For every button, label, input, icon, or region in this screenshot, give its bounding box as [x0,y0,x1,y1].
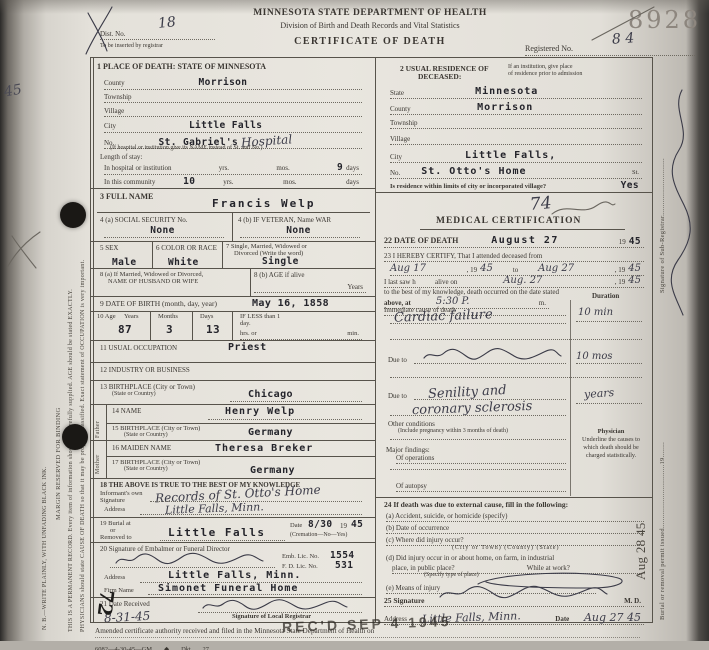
registered-number-row: Registered No. [525,44,695,56]
race-value: White [168,258,199,268]
last-saw-label-2: alive on [435,278,457,286]
date-of-death-row: 22 DATE OF DEATH August 27 19 45 [384,236,644,248]
certificate-title: CERTIFICATE OF DEATH [170,36,570,47]
cremation-note: (Cremation—No—Yes) [290,532,347,539]
agency-title: MINNESOTA STATE DEPARTMENT OF HEALTH [170,8,570,18]
row-line [90,380,375,381]
birthplace-label-2: (State or Country) [112,391,156,398]
docket-label: Dkt. [181,646,192,650]
row-line [90,542,375,543]
external-b-label: (b) Date of occurrence [386,524,449,532]
dotted-leader [140,513,362,515]
dotted-leader [414,398,566,400]
age-days-header: Days [200,313,213,321]
age-label: 10 Age [97,313,116,321]
parent-tab-divider [106,404,107,478]
form-right-border [652,57,653,622]
dod-year-label: 19 [619,238,626,246]
res-city-label: City [390,153,402,161]
pen-mark-top-right [588,2,660,44]
sub-registrar-vertical-signature-scribble [666,85,696,320]
external-c-columns: (City or Town) (County) (State) [452,545,559,552]
external-e-label: (e) Means of injury [386,584,440,592]
dotted-leader [208,418,362,420]
md-label: M. D. [624,597,641,605]
certify-label: 23 I HEREBY CERTIFY, That I attended dec… [384,252,542,260]
burial-year-label: 19 [340,522,347,530]
res-state-row: State Minnesota [390,87,642,99]
pen-mark-top-left [80,4,120,58]
external-d-label-1: (d) Did injury occur in or about home, o… [386,554,554,562]
row-line [375,497,652,498]
stay-yrs-label: yrs. [219,164,229,172]
age-if-alive-years-label: Years [347,283,363,291]
stay-hospital-row: In hospital or institution yrs. mos. 9 d… [104,163,362,175]
cell-divider [192,311,193,340]
dotted-leader [148,593,362,595]
local-registrar-signature-scribble [200,598,350,612]
margin-note-nb: N. B.—WRITE PLAINLY, WITH UNFADING BLACK… [42,70,49,630]
row-line [90,340,375,341]
death-certificate-scan: N. B.—WRITE PLAINLY, WITH UNFADING BLACK… [0,0,709,650]
operations-label: Of operations [396,454,434,462]
pen-mark-left-edge [2,226,44,274]
res-county-label: County [390,105,411,113]
dob-value: May 16, 1858 [252,299,329,309]
res-st-label: St. [632,169,639,177]
pod-institution-note: (If hospital or institution give its NAM… [110,145,262,152]
external-c-label: (c) Where did injury occur? [386,536,464,544]
res-state-value: Minnesota [475,87,538,97]
date-of-death-label: 22 DATE OF DEATH [384,236,458,246]
dotted-leader [390,322,566,324]
age-months-header: Months [158,313,178,321]
due-to-2-duration: years [584,387,615,400]
occupation-value: Priest [228,343,267,353]
dotted-leader [390,468,566,470]
stay-community-label: In this community [104,178,155,186]
dotted-leader [576,320,642,322]
column-divider [375,57,376,622]
row-line [375,192,652,193]
veteran-value-row: None [240,226,360,238]
row-line [90,478,375,479]
attended-to-handwritten: Aug 27 [538,264,574,274]
row-line [90,296,375,297]
physician-date-label: Date [555,615,569,623]
informant-sig-label-2: Signature [100,497,125,505]
pod-city-value: Little Falls [189,121,262,131]
father-name-value: Henry Welp [225,407,295,417]
physician-signature-scribble [436,584,611,602]
certify-row: 23 I HEREBY CERTIFY, That I attended dec… [384,252,644,262]
occupation-label: 11 USUAL OCCUPATION [100,344,177,352]
dotted-leader [390,338,642,340]
docket-number: 27 [202,646,209,650]
margin-note-2: PHYSICIANS should state CAUSE OF DEATH s… [80,66,87,632]
dotted-leader [160,539,285,541]
age-min-label: min. [347,330,359,338]
due-to-1-duration: 10 mos [576,352,613,362]
mother-name-value: Theresa Breker [215,444,313,454]
birthplace-value: Chicago [248,390,293,400]
cell-divider [150,311,151,340]
residence-note-2: of residence prior to admission [508,71,582,78]
form-number-row: 6082—4-30-45—GM ◆ Dkt. 27 [95,638,209,650]
res-city-value: Little Falls, [465,151,556,161]
funeral-address-value: Little Falls, Minn. [168,571,301,581]
cell-divider [232,212,233,241]
stay-days-label: days [346,164,359,172]
father-tab: Father [95,408,102,438]
external-a-row: (a) Accident, suicide, or homicide (spec… [386,512,644,522]
immediate-cause-duration: 10 min [578,308,613,318]
attended-year-b-handwritten: 45 [628,264,641,274]
res-village-row: Village [390,135,642,145]
last-saw-row: I last saw h alive on Aug. 27 , 19 45 [384,276,644,288]
mother-tab: Mother [95,444,102,474]
age-if-alive-label: 8 (b) AGE if alive [254,271,305,279]
sex-value: Male [112,258,136,268]
row-line [106,456,375,457]
pod-village-row: Village [104,107,362,117]
burial-permit-margin-label: Burial or removal permit issued.........… [659,300,666,620]
last-saw-label-1: I last saw h [384,278,416,286]
dod-year-value: 45 [629,237,641,247]
medical-certification-heading: MEDICAL CERTIFICATION [436,216,581,226]
other-conditions-note: (Include pregnancy within 3 months of de… [398,428,508,435]
mother-birthplace-value: Germany [250,466,295,476]
handwritten-margin-72: 72 [93,589,118,618]
physician-date-handwritten: Aug 27 45 [584,612,641,623]
duration-column-divider [570,300,571,496]
res-limits-value: Yes [621,181,639,191]
knowledge-statement: to the best of my knowledge, death occur… [384,288,559,296]
attended-year-a-handwritten: 45 [480,264,493,274]
form-number: 6082—4-30-45—GM [95,646,152,650]
external-b-row: (b) Date of occurrence [386,524,644,534]
sex-label: 5 SEX [100,244,118,252]
attended-year-b-label: , 19 [615,266,626,274]
community-yrs-label: yrs. [223,178,233,186]
duration-header: Duration [592,292,619,300]
pod-county-row: County Morrison [104,78,362,90]
dotted-leader [576,402,642,404]
dotted-leader [230,400,362,402]
date-of-death-value: August 27 [491,236,559,246]
row-line [90,241,375,242]
age-years-header: Years [124,313,139,321]
mother-name-label: 16 MAIDEN NAME [112,444,171,452]
dotted-leader [414,362,566,364]
burial-permit-date-handwritten: Aug 28 45 [634,320,648,580]
stay-community-row: In this community 10 yrs. mos. days [104,177,362,189]
punch-hole [62,424,88,450]
pod-township-label: Township [104,93,132,101]
printers-bug-icon: ◆ [164,646,169,650]
marital-value: Single [262,257,299,267]
burial-place-value: Little Falls [168,527,265,538]
cell-divider [222,241,223,268]
burial-label-3: Removed to [100,534,132,542]
father-birthplace-value: Germany [248,428,293,438]
attended-year-a-label: , 19 [467,266,478,274]
father-birthplace-label-2: (State or Country) [124,432,168,439]
external-cause-heading: 24 If death was due to external cause, f… [384,500,568,509]
age-days-value: 13 [206,324,220,335]
burial-date-value: 8/30 [308,520,332,530]
stay-hospital-label: In hospital or institution [104,164,171,172]
res-city-row: City Little Falls, [390,151,642,163]
full-name-value: Francis Welp [212,198,315,209]
stay-community-years-value: 10 [183,177,195,187]
row-line [90,517,375,518]
place-of-death-heading: 1 PLACE OF DEATH: STATE OF MINNESOTA [97,62,266,71]
autopsy-row: Of autopsy [396,482,566,492]
informant-address-label: Address [104,506,125,514]
burial-date-label: Date [290,522,302,530]
burial-year-value: 45 [351,520,363,530]
attended-from-handwritten: Aug 17 [390,264,426,274]
row-line [90,268,375,269]
age-months-value: 3 [166,324,173,335]
res-limits-label: Is residence within limits of city or in… [390,183,546,191]
veteran-label: 4 (b) IF VETERAN, Name WAR [238,216,331,224]
pod-city-label: City [104,122,116,130]
father-name-label: 14 NAME [112,407,141,415]
due-to-1-illegible-handwriting [420,347,565,363]
veteran-value: None [286,226,310,236]
margin-note-1: THIS IS A PERMANENT RECORD. Every item o… [68,66,75,632]
res-village-label: Village [390,135,410,143]
full-name-label: 3 FULL NAME [100,192,153,201]
res-street-row: No. St. Otto's Home St. [390,167,642,179]
cell-divider [232,311,233,340]
pod-county-label: County [104,79,125,87]
stay-hospital-days-value: 9 [337,163,343,173]
res-township-row: Township [390,119,642,129]
external-a-label: (a) Accident, suicide, or homicide (spec… [386,512,507,520]
row-line [90,440,375,441]
dotted-leader [390,438,566,440]
community-mos-label: mos. [283,178,296,186]
autopsy-label: Of autopsy [396,482,427,490]
row-line [90,404,375,405]
row-line [90,188,375,189]
res-county-value: Morrison [477,103,533,113]
punch-hole [60,202,86,228]
age-less-label-2: day. [240,320,251,328]
row-line [106,423,375,424]
mother-birthplace-label-2: (State or Country) [124,466,168,473]
last-saw-handwritten: Aug. 27 [503,276,542,286]
pod-county-value: Morrison [198,78,247,88]
residence-heading-2: DECEASED: [418,72,461,81]
stay-mos-label: mos. [276,164,289,172]
community-days-label: days [346,178,359,186]
age-if-alive-row: Years [254,283,366,293]
cell-divider [250,268,251,296]
dotted-leader [110,566,275,568]
dotted-leader [576,362,642,364]
embalmer-license-label: Emb. Lic. No. [282,553,319,561]
physician-signature-label: 25 Signature [384,596,425,605]
operations-row: Of operations [396,454,566,464]
heading-underline [420,229,625,230]
age-hrs-label: hrs. or [240,330,257,338]
res-institution-value: St. Otto's Home [421,167,526,177]
form-top-border [90,57,653,58]
ssn-value-row: None [104,226,224,238]
registered-number-label: Registered No. [525,44,573,54]
row-line [90,362,375,363]
last-saw-year-label: , 19 [615,278,626,286]
pod-township-row: Township [104,93,362,103]
dotted-leader [390,376,642,378]
pod-city-row: City Little Falls [104,121,362,133]
handwritten-margin-45: 45 [3,83,23,100]
attended-to-label: to [513,266,518,274]
cell-divider [152,241,153,268]
spouse-label-2: NAME OF HUSBAND OR WIFE [108,278,198,286]
funeral-address-label: Address [104,574,125,582]
due-to-2-label: Due to [388,392,407,400]
fd-license-value: 531 [335,561,353,571]
last-saw-year-handwritten: 45 [628,276,641,286]
age-less-row: hrs. or min. [240,330,362,340]
dob-label: 9 DATE OF BIRTH (month, day, year) [100,299,217,308]
dotted-leader [390,414,566,416]
division-subtitle: Division of Birth and Death Records and … [170,21,570,30]
row-line [97,212,370,213]
ssn-value: None [150,226,174,236]
industry-label: 12 INDUSTRY OR BUSINESS [100,366,190,374]
res-state-label: State [390,89,404,97]
res-limits-row: Is residence within limits of city or in… [390,181,642,193]
ssn-label: 4 (a) SOCIAL SECURITY No. [100,216,188,224]
length-of-stay-label: Length of stay: [100,153,142,161]
race-label: 6 COLOR OR RACE [156,244,217,252]
due-to-1-label: Due to [388,356,407,364]
res-county-row: County Morrison [390,103,642,115]
age-years-value: 87 [118,324,132,335]
res-street-label: No. [390,169,400,177]
res-township-label: Township [390,119,418,127]
margin-binding-note: MARGIN RESERVED FOR BINDING [55,190,62,520]
pod-village-label: Village [104,107,124,115]
